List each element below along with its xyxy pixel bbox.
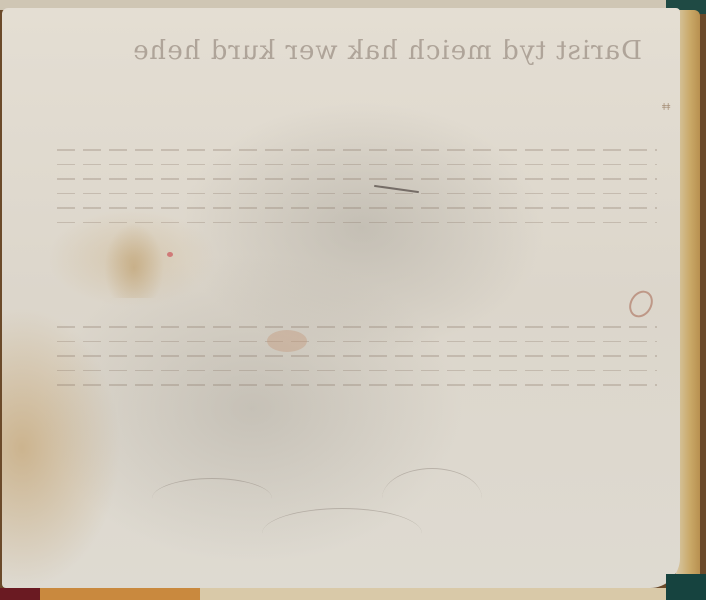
red-ink-mark (167, 252, 173, 257)
text-line (57, 326, 657, 328)
ink-blot (267, 330, 307, 352)
mirrored-heading: Darist tyd meich hak wer kurd hehe (62, 36, 642, 76)
text-line (57, 193, 657, 195)
bleedthrough-text-block-2 (57, 313, 657, 399)
text-line (57, 341, 657, 343)
text-line (57, 178, 657, 180)
manuscript-page: Darist tyd meich hak wer kurd hehe ǂǂ (2, 8, 680, 588)
background-teal-bottom-right (666, 574, 706, 600)
text-line (57, 384, 657, 386)
text-line (57, 149, 657, 151)
text-line (57, 355, 657, 357)
water-stain (104, 223, 164, 298)
text-line (57, 207, 657, 209)
paper-crease (152, 478, 272, 519)
paper-crease (382, 468, 482, 529)
background-bottom-edge (0, 588, 706, 600)
text-line (57, 164, 657, 166)
bleedthrough-text-block-1 (57, 136, 657, 236)
text-line (57, 370, 657, 372)
margin-mark: ǂǂ (662, 103, 676, 121)
